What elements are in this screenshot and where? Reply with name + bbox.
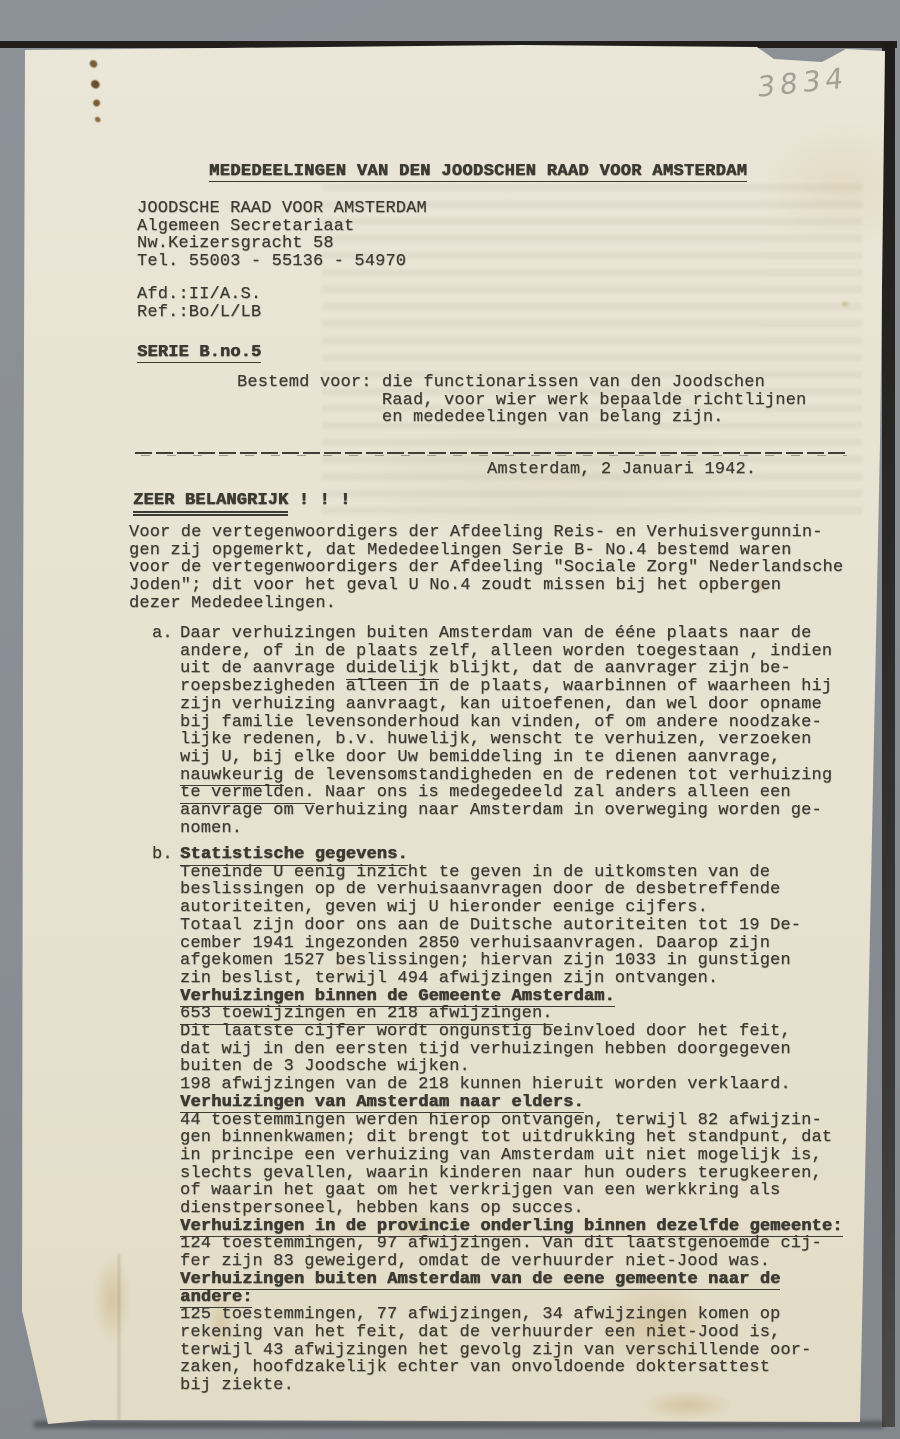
typewriter-line: Statistische gegevens. (180, 846, 843, 864)
typewriter-line: 125 toestemmingen, 77 afwijzingen, 34 af… (180, 1306, 843, 1324)
typewriter-line: en mededeelingen van belang zijn. (237, 409, 806, 427)
typewriter-line: wij U, bij elke door Uw bemiddeling in t… (180, 749, 832, 767)
fold-crease (118, 1254, 120, 1434)
stain (838, 298, 852, 310)
typewriter-line: Dit laatste cijfer wordt ongunstig beinv… (180, 1023, 843, 1041)
typewriter-line: gen zij opgemerkt, dat Mededeelingen Ser… (129, 542, 843, 560)
typewriter-line: Daar verhuizingen buiten Amsterdam van d… (180, 625, 832, 643)
typewriter-line: Algemeen Secretariaat (137, 218, 427, 236)
typewriter-line: 653 toewijzingen en 218 afwijzingen. (180, 1005, 843, 1023)
typewriter-line: zaken, hoofdzakelijk echter van onvoldoe… (180, 1359, 843, 1377)
typewriter-line: Afd.:II/A.S. (137, 286, 261, 304)
typewriter-line: rekening van het feit, dat de verhuurder… (180, 1324, 843, 1342)
typewriter-line: uit de aanvrage duidelijk blijkt, dat de… (180, 660, 832, 678)
typewriter-line: Verhuizingen binnen de Gemeente Amsterda… (180, 988, 843, 1006)
typewriter-line: Raad, voor wier werk bepaalde richtlijne… (237, 392, 806, 410)
staple-rust-mark (46, 52, 145, 151)
typewriter-line: 198 afwijzingen van de 218 kunnen hierui… (180, 1076, 843, 1094)
typewriter-line: dat wij in den eersten tijd verhuizingen… (180, 1041, 843, 1059)
series-number: SERIE B.no.5 (137, 344, 261, 363)
pencil-annotation: 3834 (756, 61, 849, 104)
typewriter-line: cember 1941 ingezonden 2850 verhuisaanvr… (180, 935, 843, 953)
item-a-marker: a. (152, 625, 173, 643)
bestemd-voor-block: Bestemd voor: die functionarissen van de… (237, 374, 806, 427)
typewriter-line: beslissingen op de verhuisaanvragen door… (180, 881, 843, 899)
typewriter-line: nauwkeurig de levensomstandigheden en de… (180, 767, 832, 785)
typewriter-line: zin beslist, terwijl 494 afwijzingen zij… (180, 970, 843, 988)
item-a-paragraph: Daar verhuizingen buiten Amsterdam van d… (180, 625, 832, 837)
paper-bottom-shadow (34, 1421, 884, 1428)
typewriter-line: bij familie levensonderhoud kan vinden, … (180, 714, 832, 732)
typewriter-line: Tel. 55003 - 55136 - 54970 (137, 253, 427, 271)
reference-block: Afd.:II/A.S.Ref.:Bo/L/LB (137, 286, 261, 321)
typewriter-line: Totaal zijn door ons aan de Duitsche aut… (180, 917, 843, 935)
typewriter-line: Joden"; dit voor het geval U No.4 zoudt … (129, 577, 843, 595)
item-b-paragraph: Statistische gegevens.Teneinde U eenig i… (180, 846, 843, 1395)
typewriter-line: 124 toestemmingen, 97 afwijzingen. Van d… (180, 1235, 843, 1253)
typewriter-line: afgekomen 1527 beslissingen; hiervan zij… (180, 952, 843, 970)
item-b-marker: b. (152, 846, 173, 864)
scanned-document-page: 3834 MEDEDEELINGEN VAN DEN JOODSCHEN RAA… (0, 0, 900, 1439)
typewriter-line: Verhuizingen buiten Amsterdam van de een… (180, 1271, 843, 1289)
paper-sheet: 3834 MEDEDEELINGEN VAN DEN JOODSCHEN RAA… (22, 44, 888, 1426)
sender-address-block: JOODSCHE RAAD VOOR AMSTERDAMAlgemeen Sec… (137, 200, 427, 271)
typewriter-line: of waarin het gaat om het verkrijgen van… (180, 1182, 843, 1200)
dateline: Amsterdam, 2 Januari 1942. (487, 461, 756, 479)
typewriter-line: in principe een verhuizing van Amsterdam… (180, 1147, 843, 1165)
typed-divider-line (135, 452, 847, 456)
typewriter-line: ZEER BELANGRIJK ! ! ! (133, 492, 350, 510)
typewriter-line: roepsbezigheden alleen in de plaats, waa… (180, 678, 832, 696)
typewriter-line: andere: (180, 1289, 843, 1307)
typewriter-line: Verhuizingen in de provincie onderling b… (180, 1218, 843, 1236)
typewriter-line: JOODSCHE RAAD VOOR AMSTERDAM (137, 200, 427, 218)
typewriter-line: buiten de 3 Joodsche wijken. (180, 1058, 843, 1076)
typewriter-line: autoriteiten, geven wij U hieronder eeni… (180, 899, 843, 917)
typewriter-line: Voor de vertegenwoordigers der Afdeeling… (129, 524, 843, 542)
stain (84, 1234, 140, 1364)
typewriter-line: bij ziekte. (180, 1377, 843, 1395)
typewriter-line: andere, of in de plaats zelf, alleen wor… (180, 643, 832, 661)
typewriter-line: fer zijn 83 geweigerd, omdat de verhuurd… (180, 1253, 843, 1271)
typewriter-line: voor de vertegenwoordigers der Afdeeling… (129, 559, 843, 577)
typewriter-line: dezer Mededeelingen. (129, 595, 843, 613)
important-heading: ZEER BELANGRIJK ! ! ! (133, 492, 350, 510)
typewriter-line: 44 toestemmingen werden hierop ontvangen… (180, 1112, 843, 1130)
typewriter-line: aanvrage om verhuizing naar Amsterdam in… (180, 802, 832, 820)
backing-board-right-edge (882, 42, 895, 1427)
typewriter-line: zijn verhuizing aanvraagt, kan uitoefene… (180, 696, 832, 714)
typewriter-line: gen binnenkwamen; dit brengt tot uitdruk… (180, 1129, 843, 1147)
document-title: MEDEDEELINGEN VAN DEN JOODSCHEN RAAD VOO… (209, 163, 747, 182)
typewriter-line: Bestemd voor: die functionarissen van de… (237, 374, 806, 392)
typewriter-line: dienstpersoneel, hebben kans op succes. (180, 1200, 843, 1218)
typewriter-line: slechts gevallen, waarin kinderen naar h… (180, 1165, 843, 1183)
typewriter-line: nomen. (180, 820, 832, 838)
typewriter-line: terwijl 43 afwijzingen het gevolg zijn v… (180, 1342, 843, 1360)
typewriter-line: Verhuizingen van Amsterdam naar elders. (180, 1094, 843, 1112)
typewriter-line: lijke redenen, b.v. huwelijk, wenscht te… (180, 731, 832, 749)
intro-paragraph: Voor de vertegenwoordigers der Afdeeling… (129, 524, 843, 613)
typewriter-line: Teneinde U eenig inzicht te geven in de … (180, 864, 843, 882)
typewriter-line: te vermelden. Naar ons is medegedeeld za… (180, 784, 832, 802)
typewriter-line: Nw.Keizersgracht 58 (137, 235, 427, 253)
typewriter-line: Ref.:Bo/L/LB (137, 304, 261, 322)
